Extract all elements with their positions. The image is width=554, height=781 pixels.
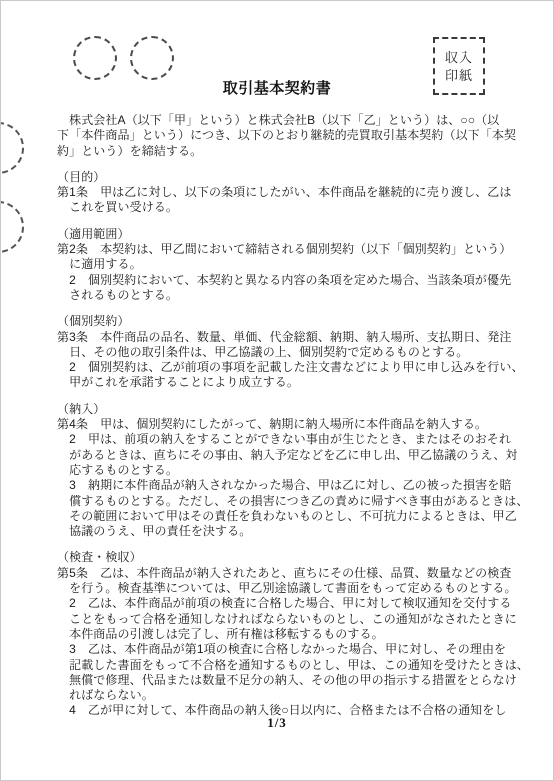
section-heading: （納入） — [57, 402, 531, 417]
section-purpose: （目的） 第1条 甲は乙に対し、以下の条項にしたがい、本件商品を継続的に売り渡し… — [57, 170, 531, 216]
section-body: 第2条 本契約は、甲乙間において締結される個別契約（以下「個別契約」という） に… — [57, 242, 531, 303]
seal-placeholder-icon — [130, 36, 174, 80]
document-title: 取引基本契約書 — [1, 77, 553, 98]
intro-paragraph: 株式会社A（以下「甲」という）と株式会社B（以下「乙」という）は、○○（以 下「… — [57, 113, 531, 159]
section-body: 第4条 甲は、個別契約にしたがって、納期に納入場所に本件商品を納入する。 2 甲… — [57, 417, 531, 539]
section-heading: （適用範囲） — [57, 227, 531, 242]
revenue-stamp-line1: 収入 — [445, 51, 473, 64]
binding-hole-icon — [0, 201, 24, 253]
section-scope: （適用範囲） 第2条 本契約は、甲乙間において締結される個別契約（以下「個別契約… — [57, 227, 531, 303]
contract-document-page: 収入 印紙 取引基本契約書 株式会社A（以下「甲」という）と株式会社B（以下「乙… — [0, 0, 554, 781]
section-individual-contract: （個別契約） 第3条 本件商品の品名、数量、単価、代金総額、納期、納入場所、支払… — [57, 314, 531, 390]
binding-hole-icon — [0, 122, 24, 174]
document-body: 株式会社A（以下「甲」という）と株式会社B（以下「乙」という）は、○○（以 下「… — [57, 113, 531, 719]
section-heading: （目的） — [57, 170, 531, 185]
section-delivery: （納入） 第4条 甲は、個別契約にしたがって、納期に納入場所に本件商品を納入する… — [57, 402, 531, 540]
section-inspection: （検査・検収） 第5条 乙は、本件商品が納入されたあと、直ちにその仕様、品質、数… — [57, 550, 531, 718]
section-body: 第1条 甲は乙に対し、以下の条項にしたがい、本件商品を継続的に売り渡し、乙は こ… — [57, 185, 531, 216]
seal-placeholder-icon — [73, 36, 117, 80]
section-body: 第3条 本件商品の品名、数量、単価、代金総額、納期、納入場所、支払期日、発注 日… — [57, 330, 531, 391]
section-heading: （個別契約） — [57, 314, 531, 329]
section-heading: （検査・検収） — [57, 550, 531, 565]
section-body: 第5条 乙は、本件商品が納入されたあと、直ちにその仕様、品質、数量などの検査 を… — [57, 566, 531, 719]
page-number: 1/3 — [1, 715, 553, 731]
